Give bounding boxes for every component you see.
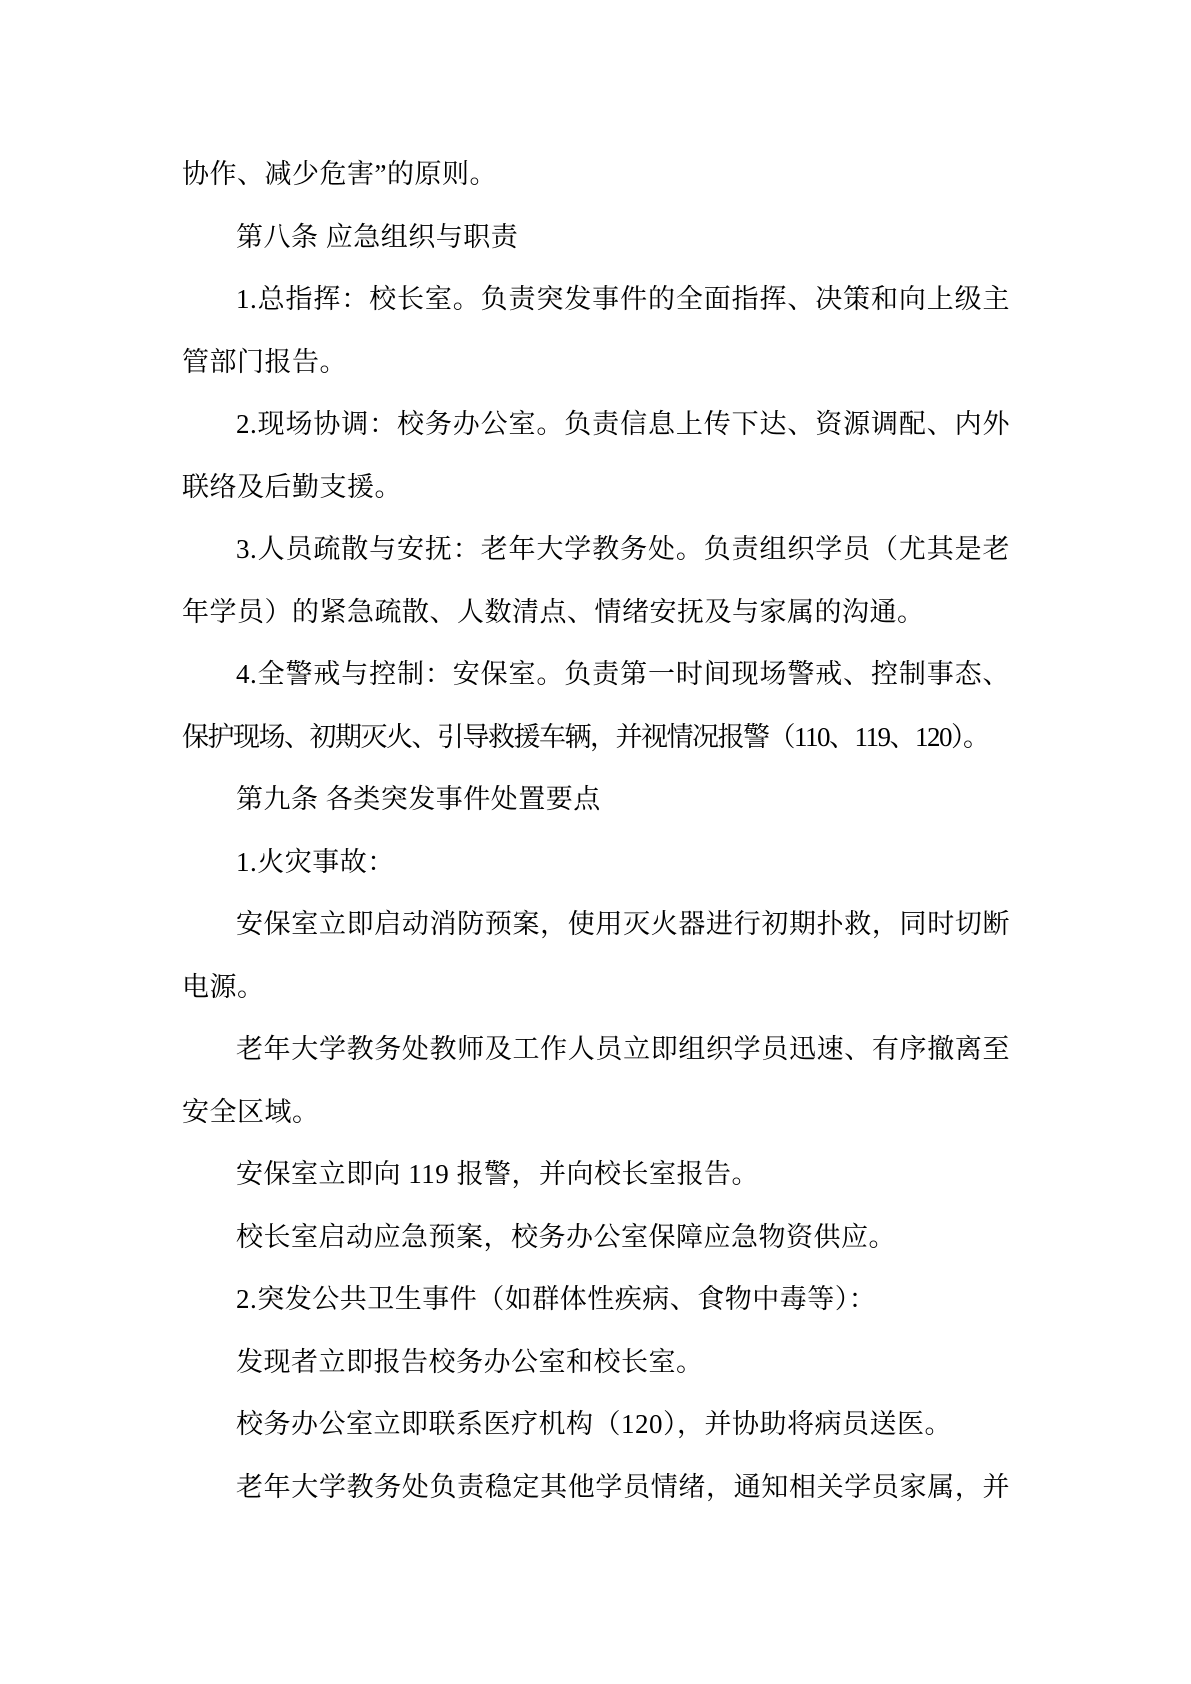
text-line: 保护现场、初期灭火、引导救援车辆，并视情况报警（110、119、120）。 (182, 706, 1010, 769)
text-line: 2.现场协调：校务办公室。负责信息上传下达、资源调配、内外 (182, 393, 1010, 456)
text-line: 管部门报告。 (182, 331, 1010, 394)
text-line: 3.人员疏散与安抚：老年大学教务处。负责组织学员（尤其是老 (182, 518, 1010, 581)
text-line: 协作、减少危害”的原则。 (182, 143, 1010, 206)
document-body: 协作、减少危害”的原则。第八条 应急组织与职责1.总指挥：校长室。负责突发事件的… (182, 143, 1010, 1518)
text-line: 4.全警戒与控制：安保室。负责第一时间现场警戒、控制事态、 (182, 643, 1010, 706)
text-line: 第九条 各类突发事件处置要点 (182, 768, 1010, 831)
text-line: 安保室立即启动消防预案，使用灭火器进行初期扑救，同时切断 (182, 893, 1010, 956)
text-line: 联络及后勤支援。 (182, 456, 1010, 519)
text-line: 第八条 应急组织与职责 (182, 206, 1010, 269)
text-line: 年学员）的紧急疏散、人数清点、情绪安抚及与家属的沟通。 (182, 581, 1010, 644)
text-line: 校长室启动应急预案，校务办公室保障应急物资供应。 (182, 1206, 1010, 1269)
text-line: 发现者立即报告校务办公室和校长室。 (182, 1331, 1010, 1394)
text-line: 安全区域。 (182, 1081, 1010, 1144)
text-line: 1.火灾事故： (182, 831, 1010, 894)
text-line: 校务办公室立即联系医疗机构（120），并协助将病员送医。 (182, 1393, 1010, 1456)
text-line: 安保室立即向 119 报警，并向校长室报告。 (182, 1143, 1010, 1206)
text-line: 老年大学教务处教师及工作人员立即组织学员迅速、有序撤离至 (182, 1018, 1010, 1081)
text-line: 电源。 (182, 956, 1010, 1019)
document-page: 协作、减少危害”的原则。第八条 应急组织与职责1.总指挥：校长室。负责突发事件的… (0, 0, 1191, 1684)
text-line: 2.突发公共卫生事件（如群体性疾病、食物中毒等）： (182, 1268, 1010, 1331)
text-line: 老年大学教务处负责稳定其他学员情绪，通知相关学员家属，并 (182, 1456, 1010, 1519)
text-line: 1.总指挥：校长室。负责突发事件的全面指挥、决策和向上级主 (182, 268, 1010, 331)
